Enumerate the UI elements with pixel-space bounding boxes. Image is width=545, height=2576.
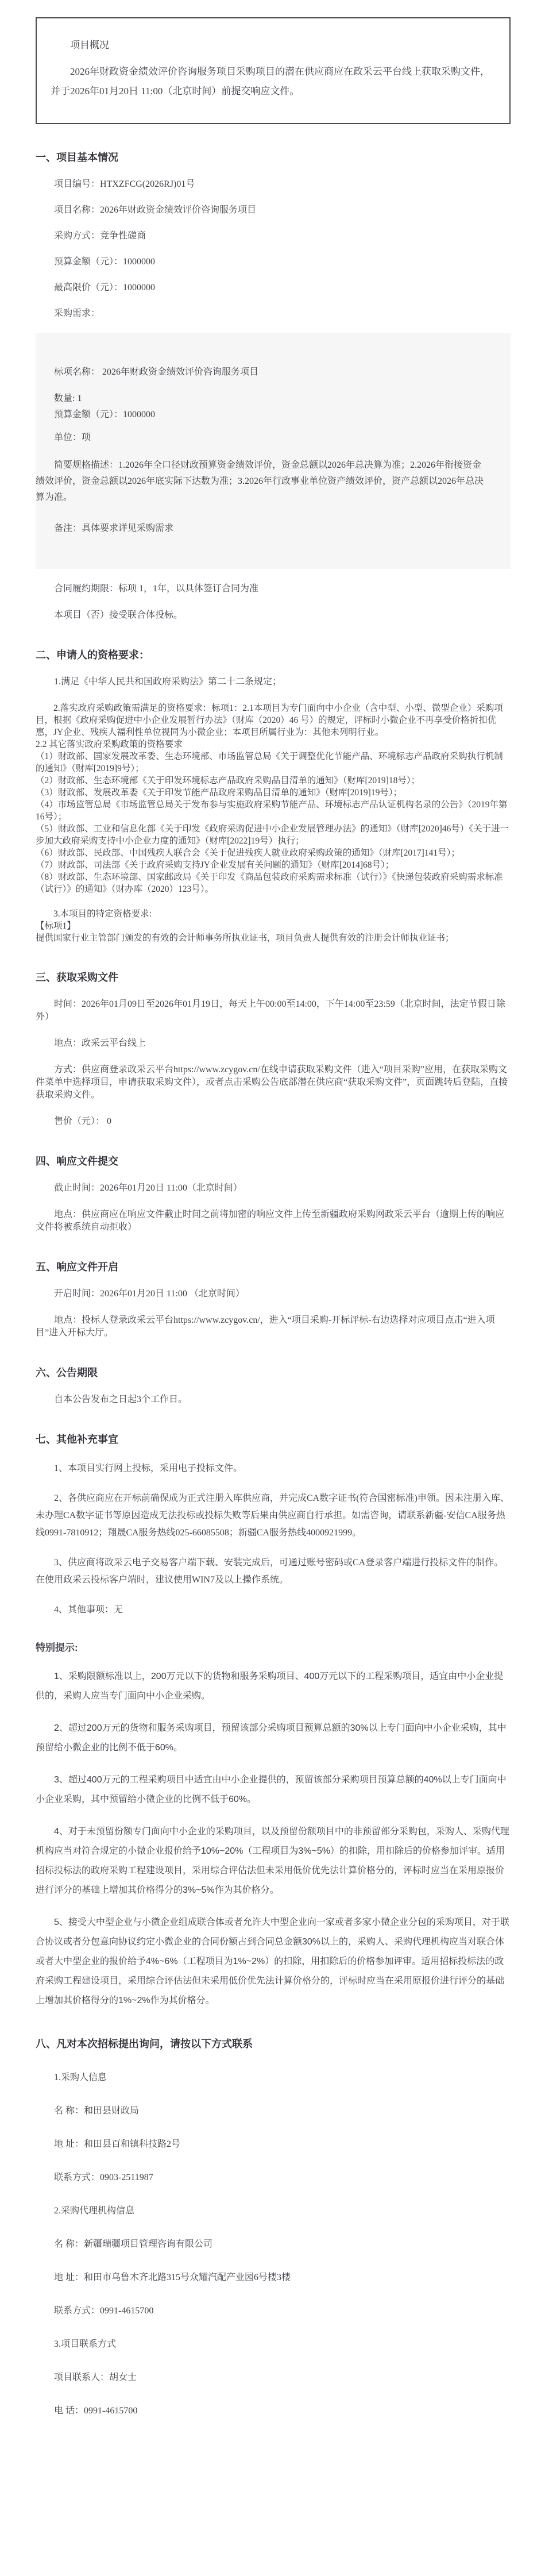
supplement-p4: 4、其他事项：无 xyxy=(36,1601,511,1619)
qualification-policy-item: （4）市场监管总局《市场监管总局关于发布参与实施政府采购节能产品、环境标志产品认… xyxy=(36,799,511,823)
agency-phone: 联系方式：0991-4615700 xyxy=(36,2305,511,2317)
field-project-name-value: 2026年财政资金绩效评价咨询服务项目 xyxy=(100,205,256,215)
qualification-p3: 2.2 其它落实政府采购政策的资格要求 xyxy=(36,738,511,750)
qualification-p6: 提供国家行业主管部门颁发的有效的会计师事务所执业证书，项目负责人提供有效的注册会… xyxy=(36,932,511,944)
submit-deadline: 截止时间：2026年01月20日 11:00（北京时间） xyxy=(36,1182,511,1195)
project-overview-box: 项目概况 2026年财政资金绩效评价咨询服务项目采购项目的潜在供应商应在政采云平… xyxy=(36,17,511,124)
special-notice-item: 1、采购限额标准以上，200万元以下的货物和服务采购项目、400万元以下的工程采… xyxy=(36,1667,511,1706)
project-contact-person: 项目联系人：胡女士 xyxy=(36,2371,511,2384)
contract-term: 合同履约期限：标项 1，1年，以具体签订合同为准 xyxy=(36,583,511,595)
agency-address: 地 址：和田市乌鲁木齐北路315号众耀汽配产业园6号楼3楼 xyxy=(36,2271,511,2284)
section-obtain-heading: 三、获取采购文件 xyxy=(36,969,511,984)
special-notice-item: 2、超过200万元的货物和服务采购项目，预留该部分采购项目预算总额的30%以上专… xyxy=(36,1719,511,1758)
qualification-p1: 1.满足《中华人民共和国政府采购法》第二十二条规定； xyxy=(36,676,511,688)
lot-note: 备注：具体要求详见采购需求 xyxy=(36,521,488,537)
field-project-number-label: 项目编号： xyxy=(54,179,100,189)
section-period-heading: 六、公告期限 xyxy=(36,1365,511,1380)
supplement-p3: 3、供应商将政采云电子交易客户端下载、安装完成后，可通过账号密码或CA登录客户端… xyxy=(36,1554,511,1589)
field-max-price: 最高限价（元）：1000000 xyxy=(36,282,511,294)
section-open-heading: 五、响应文件开启 xyxy=(36,1259,511,1274)
purchaser-phone: 联系方式：0903-2511987 xyxy=(36,2171,511,2184)
agency-name: 名 称：新疆瑞疆项目管理咨询有限公司 xyxy=(36,2238,511,2251)
qualification-policy-item: （8）财政部、生态环境部、国家邮政局《关于印发《商品包装政府采购需求标准（试行）… xyxy=(36,871,511,895)
lot-quantity: 数量: 1 xyxy=(36,391,488,407)
special-notice-item: 4、对于未预留份额专门面向中小企业的采购项目，以及预留份额项目中的非预留部分采购… xyxy=(36,1822,511,1900)
field-procurement-demand: 采购需求： xyxy=(36,307,511,320)
project-contact-phone: 电 话：0991-4615700 xyxy=(36,2405,511,2417)
overview-title: 项目概况 xyxy=(51,36,496,55)
period-body: 自本公告发布之日起3个工作日。 xyxy=(36,1393,511,1406)
consortium-statement: 本项目（否）接受联合体投标。 xyxy=(36,609,511,622)
qualification-p4: 3.本项目的特定资格要求: xyxy=(36,908,511,920)
lot-name: 标项名称： 2026年财政资金绩效评价咨询服务项目 xyxy=(36,364,488,380)
section-submit-heading: 四、响应文件提交 xyxy=(36,1153,511,1168)
field-budget-amount-value: 1000000 xyxy=(123,257,155,267)
open-time: 开启时间：2026年01月20日 11:00 （北京时间） xyxy=(36,1288,511,1300)
field-procurement-demand-label: 采购需求： xyxy=(54,309,100,318)
field-project-number-value: HTXZFCG(2026RJ)01号 xyxy=(100,179,195,189)
field-max-price-value: 1000000 xyxy=(123,283,155,292)
qualification-p2: 2.落实政府采购政策需满足的资格要求：标项1：2.1本项目为专门面向中小企业（含… xyxy=(36,702,511,738)
purchaser-name: 名 称：和田县财政局 xyxy=(36,2105,511,2117)
section-contact-heading: 八、凡对本次招标提出询问，请按以下方式联系 xyxy=(36,2036,511,2051)
field-procurement-method: 采购方式：竞争性磋商 xyxy=(36,230,511,242)
section-qualification-heading: 二、申请人的资格要求： xyxy=(36,647,511,662)
field-budget-amount-label: 预算金额（元）： xyxy=(54,257,123,267)
qualification-policy-item: （1）财政部、国家发展改革委、生态环境部、市场监管总局《关于调整优化节能产品、环… xyxy=(36,750,511,775)
qualification-policy-item: （3）财政部、发展改革委《关于印发节能产品政府采购品目清单的通知》（财库[201… xyxy=(36,787,511,799)
purchaser-address: 地 址：和田县百和镇科技路2号 xyxy=(36,2138,511,2151)
field-budget-amount: 预算金额（元）：1000000 xyxy=(36,256,511,268)
special-notice-item: 3、超过400万元的工程采购项目中适宜由中小企业提供的，预留该部分采购项目预算总… xyxy=(36,1770,511,1809)
submit-place: 地点：供应商应在响应文件截止时间之前将加密的响应文件上传至新疆政府采购网政采云平… xyxy=(36,1208,511,1234)
lot-info-box: 标项名称： 2026年财政资金绩效评价咨询服务项目 数量: 1 预算金额（元）：… xyxy=(36,333,511,569)
special-notice-title: 特别提示: xyxy=(36,1642,511,1654)
qualification-p5: 【标项1】 xyxy=(36,920,511,932)
qualification-policy-item: （7）财政部、司法部《关于政府采购支持JY企业发展有关问题的通知》（财库[201… xyxy=(36,859,511,871)
procurement-announcement: 项目概况 2026年财政资金绩效评价咨询服务项目采购项目的潜在供应商应在政采云平… xyxy=(0,0,545,2576)
qualification-policy-item: （2）财政部、生态环境部《关于印发环境标志产品政府采购品目清单的通知》（财库[2… xyxy=(36,775,511,787)
field-project-number: 项目编号：HTXZFCG(2026RJ)01号 xyxy=(36,178,511,191)
obtain-price: 售价（元）： 0 xyxy=(36,1115,511,1128)
lot-budget: 预算金额（元）：1000000 xyxy=(36,407,488,423)
field-project-name-label: 项目名称： xyxy=(54,205,100,215)
agency-title: 2.采购代理机构信息 xyxy=(36,2205,511,2217)
project-contact-title: 3.项目联系方式 xyxy=(36,2338,511,2351)
qualification-policy-item: （5）财政部、工业和信息化部《关于印发《政府采购促进中小企业发展管理办法》的通知… xyxy=(36,823,511,847)
field-project-name: 项目名称：2026年财政资金绩效评价咨询服务项目 xyxy=(36,204,511,217)
supplement-p2: 2、各供应商应在开标前确保成为正式注册入库供应商，并完成CA数字证书(符合国密标… xyxy=(36,1490,511,1542)
obtain-time: 时间：2026年01月09日至2026年01月19日，每天上午00:00至14:… xyxy=(36,998,511,1023)
overview-body: 2026年财政资金绩效评价咨询服务项目采购项目的潜在供应商应在政采云平台线上获取… xyxy=(51,62,496,101)
section-basic-heading: 一、项目基本情况 xyxy=(36,149,511,164)
field-procurement-method-label: 采购方式： xyxy=(54,231,100,241)
supplement-p1: 1、本项目实行网上投标，采用电子投标文件。 xyxy=(36,1460,511,1477)
obtain-method: 方式：供应商登录政采云平台https://www.zcygov.cn/在线申请获… xyxy=(36,1064,511,1102)
field-procurement-method-value: 竞争性磋商 xyxy=(100,231,146,241)
special-notice-item: 5、接受大中型企业与小微企业组成联合体或者允许大中型企业向一家或者多家小微企业分… xyxy=(36,1913,511,2011)
section-supplement-heading: 七、其他补充事宜 xyxy=(36,1431,511,1446)
lot-spec: 简要规格描述：1.2026年全口径财政预算资金绩效评价，资金总额以2026年总决… xyxy=(36,457,488,506)
field-max-price-label: 最高限价（元）： xyxy=(54,283,123,292)
open-place: 地点：投标人登录政采云平台https://www.zcygov.cn/，进入“项… xyxy=(36,1314,511,1339)
obtain-place: 地点：政采云平台线上 xyxy=(36,1037,511,1050)
qualification-policy-item: （6）财政部、民政部、中国残疾人联合会《关于促进残疾人就业政府采购政策的通知》（… xyxy=(36,847,511,859)
purchaser-title: 1.采购人信息 xyxy=(36,2071,511,2084)
lot-unit: 单位：项 xyxy=(36,430,488,446)
